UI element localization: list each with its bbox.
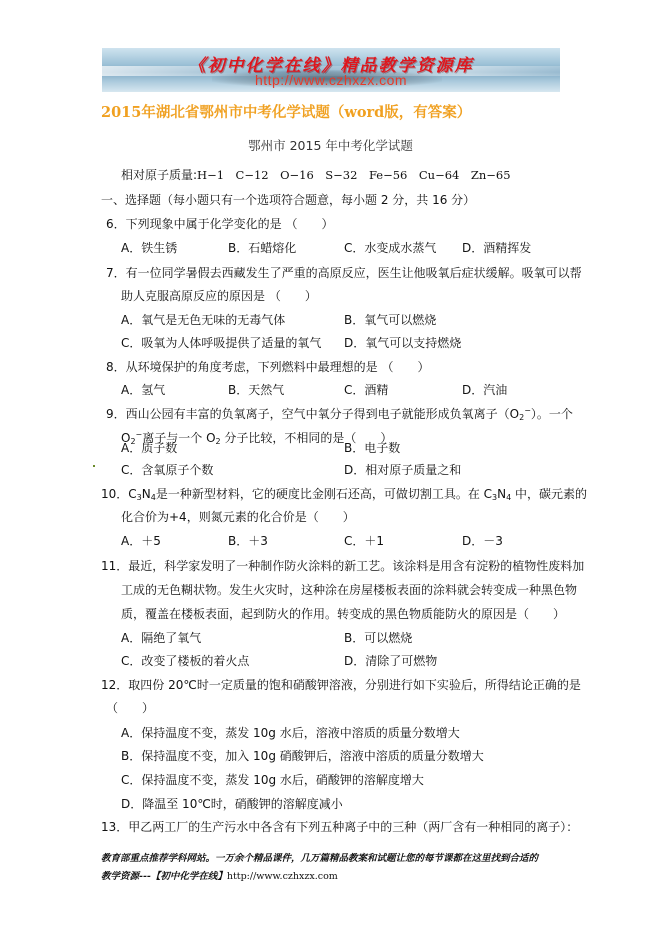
question-10-option-a: A．＋5 <box>121 532 161 549</box>
question-11-option-d: D．清除了可燃物 <box>344 652 437 669</box>
question-8-stem: 8．从环境保护的角度考虑，下列燃料中最理想的是 （ ） <box>106 358 429 375</box>
question-10-stem-line2: 化合价为+4，则氮元素的化合价是（ ） <box>121 508 355 525</box>
question-11-option-b: B．可以燃烧 <box>344 629 412 646</box>
question-13-stem: 13．甲乙两工厂的生产污水中各含有下列五种离子中的三种（两厂含有一种相同的离子）… <box>101 818 578 835</box>
question-10-option-c: C．＋1 <box>344 532 384 549</box>
question-6-option-a: A．铁生锈 <box>121 239 177 256</box>
question-7-option-d: D．氧气可以支持燃烧 <box>344 334 461 351</box>
question-number: 12． <box>101 678 128 692</box>
question-10-option-b: B．＋3 <box>228 532 268 549</box>
question-number: 9． <box>106 407 126 421</box>
question-9-option-a: A．质子数 <box>121 439 177 456</box>
question-12-stem-line1: 12．取四份 20℃时一定质量的饱和硝酸钾溶液，分别进行如下实验后，所得结论正确… <box>101 676 581 693</box>
question-8-option-d: D．汽油 <box>462 381 507 398</box>
question-7-option-a: A．氧气是无色无味的无毒气体 <box>121 311 285 328</box>
question-12-option-b: B．保持温度不变，加入 10g 硝酸钾后，溶液中溶质的质量分数增大 <box>121 747 484 764</box>
question-12-option-c: C．保持温度不变，蒸发 10g 水后，硝酸钾的溶解度增大 <box>121 771 424 788</box>
question-6-option-c: C．水变成水蒸气 <box>344 239 436 256</box>
question-11-option-a: A．隔绝了氧气 <box>121 629 201 646</box>
question-number: 7． <box>106 266 126 280</box>
footer-line2: 教学资源---【初中化学在线】http://www.czhxzx.com <box>101 868 571 886</box>
question-9-option-d: D．相对原子质量之和 <box>344 461 461 478</box>
question-7-option-c: C．吸氧为人体呼吸提供了适量的氧气 <box>121 334 321 351</box>
question-number: 11． <box>101 559 128 573</box>
question-number: 8． <box>106 360 126 374</box>
question-number: 10． <box>101 487 128 501</box>
question-7-option-b: B．氧气可以燃烧 <box>344 311 436 328</box>
atomic-masses-label: 相对原子质量: <box>121 168 197 182</box>
question-8-option-a: A．氢气 <box>121 381 165 398</box>
document-title: 鄂州市 2015 年中考化学试题 <box>0 136 661 154</box>
question-6-option-d: D．酒精挥发 <box>462 239 531 256</box>
stray-dot-mark <box>93 465 95 467</box>
question-12-option-d: D．降温至 10℃时，硝酸钾的溶解度减小 <box>121 795 343 812</box>
question-8-option-b: B．天然气 <box>228 381 284 398</box>
atomic-masses: 相对原子质量:H−1 C−12 O−16 S−32 Fe−56 Cu−64 Zn… <box>121 166 511 183</box>
page-title: 2015年湖北省鄂州市中考化学试题（word版，有答案） <box>101 101 471 122</box>
question-11-stem-line3: 质，覆盖在楼板表面，起到防火的作用。转变成的黑色物质能防火的原因是（ ） <box>121 605 565 622</box>
question-9-option-b: B．电子数 <box>344 439 400 456</box>
page-footer: 教育部重点推荐学科网站。一万余个精品课件，几万篇精品教案和试题让您的每节课都在这… <box>101 850 571 886</box>
question-11-stem-line2: 工成的无色糊状物。发生火灾时，这种涂在房屋楼板表面的涂料就会转变成一种黑色物 <box>121 581 577 598</box>
footer-url-link[interactable]: http://www.czhxzx.com <box>227 871 338 882</box>
question-6-stem: 6．下列现象中属于化学变化的是 （ ） <box>106 215 333 232</box>
question-6-option-b: B．石蜡熔化 <box>228 239 296 256</box>
question-11-stem-line1: 11．最近，科学家发明了一种制作防火涂料的新工艺。该涂料是用含有淀粉的植物性废料… <box>101 557 584 574</box>
question-9-option-c: C．含氧原子个数 <box>121 461 213 478</box>
atomic-masses-values: H−1 C−12 O−16 S−32 Fe−56 Cu−64 Zn−65 <box>197 168 510 182</box>
question-10-stem-line1: 10．C3N4是一种新型材料，它的硬度比金刚石还高，可做切割工具。在 C3N4 … <box>101 485 587 502</box>
site-banner[interactable]: 《初中化学在线》精品教学资源库 http://www.czhxzx.com <box>102 48 560 92</box>
section-heading: 一、选择题（每小题只有一个选项符合题意，每小题 2 分，共 16 分） <box>101 191 475 208</box>
question-12-stem-line2: （ ） <box>106 699 154 716</box>
question-number: 13． <box>101 820 128 834</box>
question-10-option-d: D．－3 <box>462 532 503 549</box>
question-number: 6． <box>106 217 126 231</box>
question-12-option-a: A．保持温度不变，蒸发 10g 水后，溶液中溶质的质量分数增大 <box>121 724 460 741</box>
banner-url[interactable]: http://www.czhxzx.com <box>102 72 560 88</box>
question-11-option-c: C．改变了楼板的着火点 <box>121 652 249 669</box>
footer-line1: 教育部重点推荐学科网站。一万余个精品课件，几万篇精品教案和试题让您的每节课都在这… <box>101 850 571 868</box>
question-7-stem-line1: 7．有一位同学暑假去西藏发生了严重的高原反应，医生让他吸氧后症状缓解。吸氧可以帮 <box>106 264 582 281</box>
question-9-stem-line1: 9．西山公园有丰富的负氧离子，空气中氧分子得到电子就能形成负氧离子（O2−）。一… <box>106 405 573 422</box>
question-7-stem-line2: 助人克服高原反应的原因是 （ ） <box>121 287 317 304</box>
question-8-option-c: C．酒精 <box>344 381 388 398</box>
